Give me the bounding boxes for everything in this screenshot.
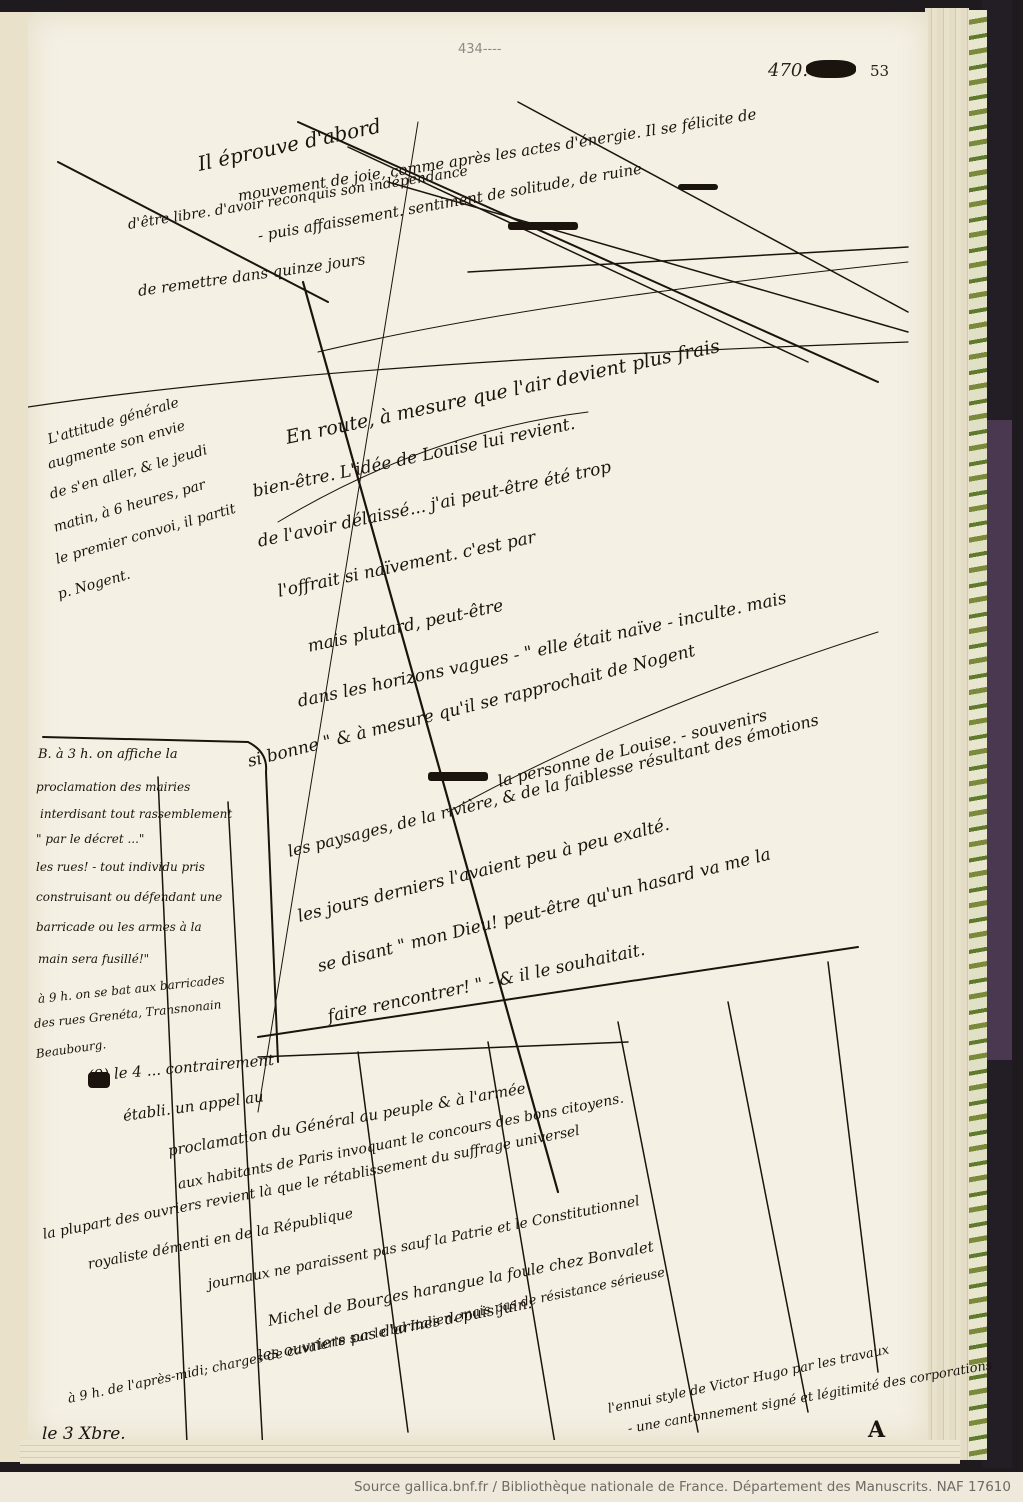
page-stack-bottom xyxy=(20,1440,960,1464)
ink-strokes xyxy=(28,12,928,1440)
manuscript-page: 434---- 470. 53 Il éprouve d'abord mouve… xyxy=(28,12,928,1440)
source-attribution: Source gallica.bnf.fr / Bibliothèque nat… xyxy=(354,1479,1011,1495)
facing-page-edge xyxy=(0,12,28,1462)
page-stack-edge xyxy=(925,8,969,1460)
source-footer: Source gallica.bnf.fr / Bibliothèque nat… xyxy=(0,1472,1023,1502)
marbled-endpaper xyxy=(967,10,987,1460)
